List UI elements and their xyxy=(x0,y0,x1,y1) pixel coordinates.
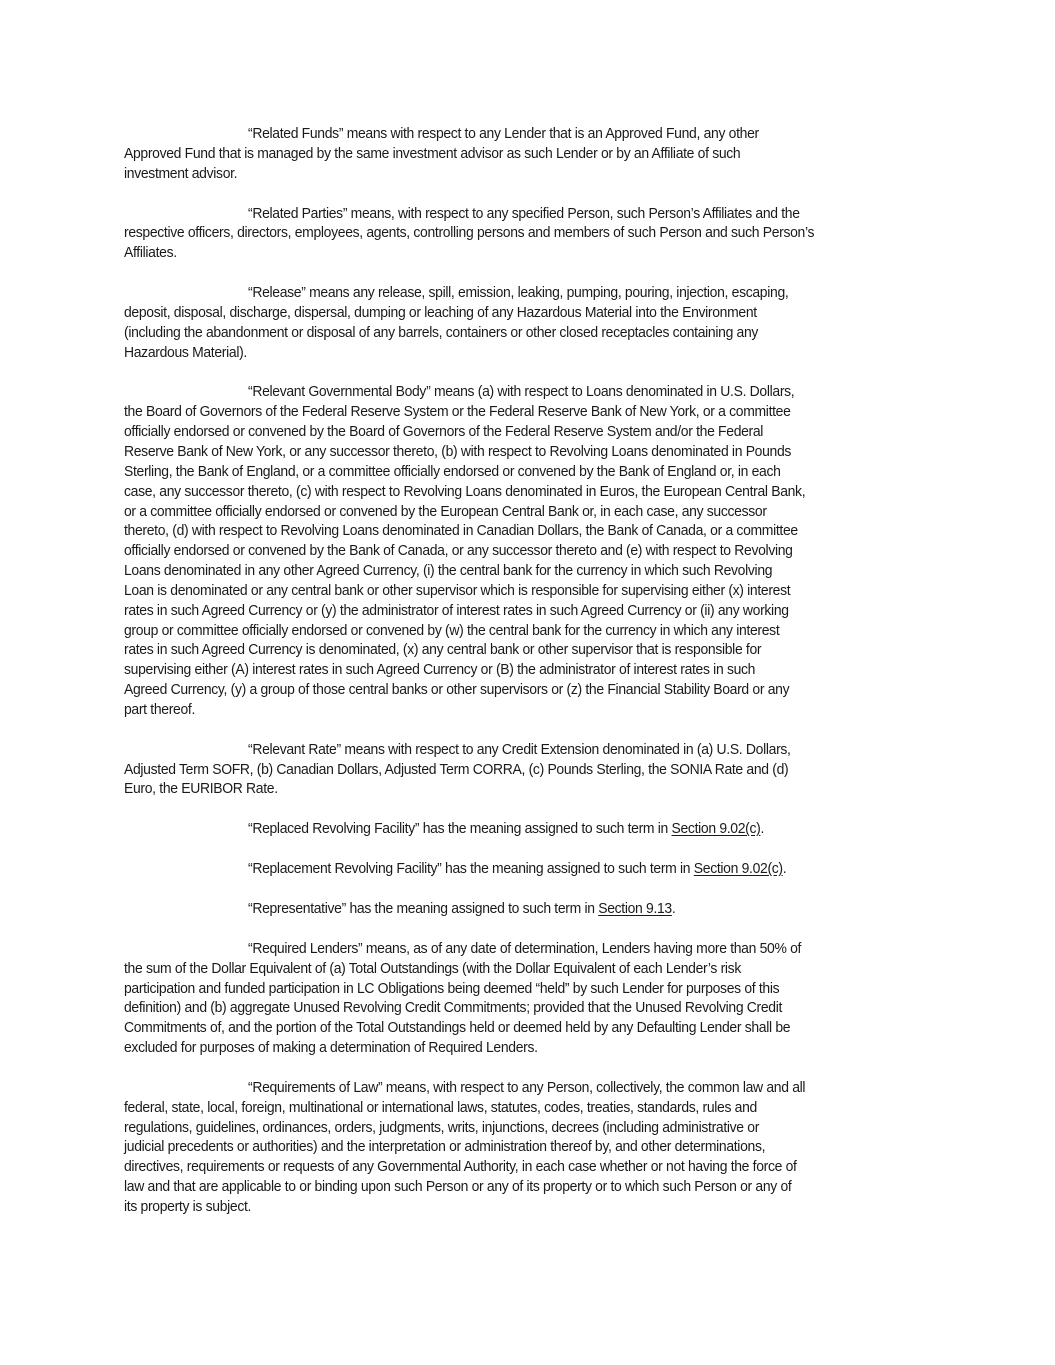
definition-relevant-governmental-body: “Relevant Governmental Body” means (a) w… xyxy=(124,382,934,719)
paragraph-line: rates in such Agreed Currency or (y) the… xyxy=(124,601,934,621)
definition-required-lenders: “Required Lenders” means, as of any date… xyxy=(124,939,934,1058)
paragraph-line: Agreed Currency, (y) a group of those ce… xyxy=(124,680,934,700)
document-page: “Related Funds” means with respect to an… xyxy=(124,124,934,1237)
paragraph-line: “Representative” has the meaning assigne… xyxy=(124,899,934,919)
paragraph-line: law and that are applicable to or bindin… xyxy=(124,1177,934,1197)
paragraph-line: “Replaced Revolving Facility” has the me… xyxy=(124,819,934,839)
definition-requirements-of-law: “Requirements of Law” means, with respec… xyxy=(124,1078,934,1217)
paragraph-line: or a committee officially endorsed or co… xyxy=(124,502,934,522)
paragraph-line: federal, state, local, foreign, multinat… xyxy=(124,1098,934,1118)
paragraph-line: Loans denominated in any other Agreed Cu… xyxy=(124,561,934,581)
section-reference-link[interactable]: Section 9.13 xyxy=(598,900,672,917)
definition-related-parties: “Related Parties” means, with respect to… xyxy=(124,204,934,264)
paragraph-line: definition) and (b) aggregate Unused Rev… xyxy=(124,998,934,1018)
paragraph-line: “Requirements of Law” means, with respec… xyxy=(124,1078,934,1098)
definition-related-funds: “Related Funds” means with respect to an… xyxy=(124,124,934,184)
paragraph-line: Hazardous Material). xyxy=(124,343,934,363)
section-reference-link[interactable]: Section 9.02(c) xyxy=(694,860,783,877)
paragraph-line: “Related Funds” means with respect to an… xyxy=(124,124,934,144)
paragraph-line: (including the abandonment or disposal o… xyxy=(124,323,934,343)
paragraph-line: Reserve Bank of New York, or any success… xyxy=(124,442,934,462)
definition-representative: “Representative” has the meaning assigne… xyxy=(124,899,934,919)
paragraph-line: “Release” means any release, spill, emis… xyxy=(124,283,934,303)
paragraph-line: Loan is denominated or any central bank … xyxy=(124,581,934,601)
paragraph-line: judicial precedents or authorities) and … xyxy=(124,1137,934,1157)
paragraph-line: “Replacement Revolving Facility” has the… xyxy=(124,859,934,879)
paragraph-line: the Board of Governors of the Federal Re… xyxy=(124,402,934,422)
paragraph-line: Approved Fund that is managed by the sam… xyxy=(124,144,934,164)
paragraph-line: regulations, guidelines, ordinances, ord… xyxy=(124,1118,934,1138)
paragraph-line: Adjusted Term SOFR, (b) Canadian Dollars… xyxy=(124,760,934,780)
paragraph-line: officially endorsed or convened by the B… xyxy=(124,541,934,561)
definition-replaced-revolving-facility: “Replaced Revolving Facility” has the me… xyxy=(124,819,934,839)
paragraph-line: “Relevant Rate” means with respect to an… xyxy=(124,740,934,760)
paragraph-line: “Related Parties” means, with respect to… xyxy=(124,204,934,224)
section-reference-link[interactable]: Section 9.02(c) xyxy=(672,820,761,837)
paragraph-line: the sum of the Dollar Equivalent of (a) … xyxy=(124,959,934,979)
paragraph-line: Euro, the EURIBOR Rate. xyxy=(124,779,934,799)
paragraph-line: thereto, (d) with respect to Revolving L… xyxy=(124,521,934,541)
paragraph-line: officially endorsed or convened by the B… xyxy=(124,422,934,442)
paragraph-line: investment advisor. xyxy=(124,164,934,184)
paragraph-line: its property is subject. xyxy=(124,1197,934,1217)
paragraph-line: group or committee officially endorsed o… xyxy=(124,621,934,641)
paragraph-line: Affiliates. xyxy=(124,243,934,263)
definition-relevant-rate: “Relevant Rate” means with respect to an… xyxy=(124,740,934,800)
paragraph-line: case, any successor thereto, (c) with re… xyxy=(124,482,934,502)
paragraph-line: “Relevant Governmental Body” means (a) w… xyxy=(124,382,934,402)
paragraph-line: excluded for purposes of making a determ… xyxy=(124,1038,934,1058)
paragraph-line: directives, requirements or requests of … xyxy=(124,1157,934,1177)
paragraph-line: participation and funded participation i… xyxy=(124,979,934,999)
definition-release: “Release” means any release, spill, emis… xyxy=(124,283,934,362)
paragraph-line: respective officers, directors, employee… xyxy=(124,223,934,243)
paragraph-line: supervising either (A) interest rates in… xyxy=(124,660,934,680)
paragraph-line: deposit, disposal, discharge, dispersal,… xyxy=(124,303,934,323)
paragraph-line: rates in such Agreed Currency is denomin… xyxy=(124,640,934,660)
paragraph-line: Sterling, the Bank of England, or a comm… xyxy=(124,462,934,482)
definition-replacement-revolving-facility: “Replacement Revolving Facility” has the… xyxy=(124,859,934,879)
paragraph-line: “Required Lenders” means, as of any date… xyxy=(124,939,934,959)
paragraph-line: part thereof. xyxy=(124,700,934,720)
paragraph-line: Commitments of, and the portion of the T… xyxy=(124,1018,934,1038)
